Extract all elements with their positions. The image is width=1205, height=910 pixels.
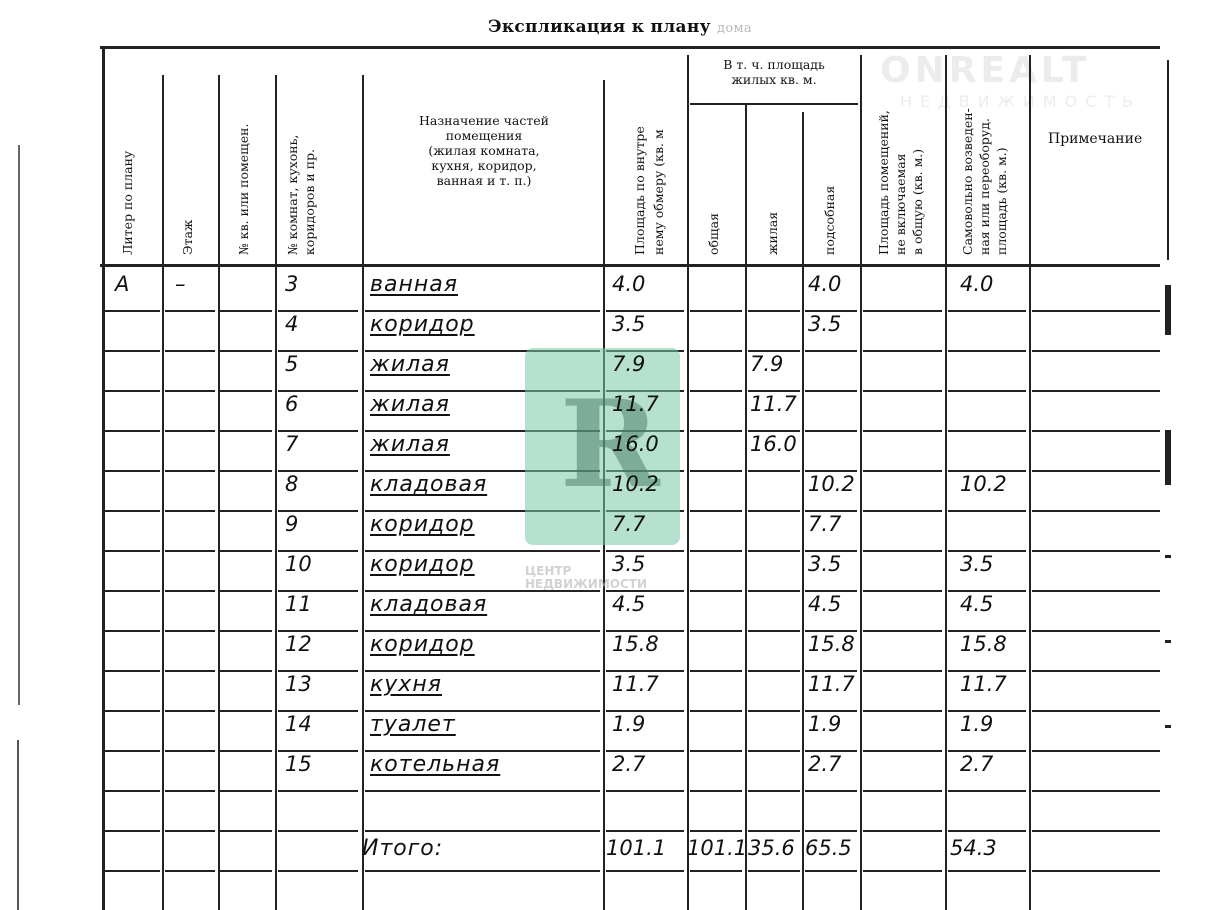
row-rule: [105, 350, 160, 352]
header-incl-line: жилых кв. м.: [690, 72, 858, 87]
cell-purpose: ванная: [370, 272, 458, 297]
cell-room: 12: [285, 632, 312, 656]
col-divider: [162, 75, 164, 910]
header-unauth-2: ная или переоборуд.: [977, 118, 992, 255]
header-excluded-3: в общую (кв. м.): [910, 149, 925, 255]
row-rule: [105, 510, 160, 512]
row-rule: [105, 830, 160, 832]
header-room-no-1: № комнат, кухонь,: [285, 135, 300, 255]
row-rule: [606, 830, 684, 832]
row-rule: [606, 870, 684, 872]
totals-unauth: 54.3: [950, 836, 997, 860]
edge-mark: [1165, 430, 1171, 485]
cell-area: 11.7: [612, 392, 659, 416]
row-rule: [165, 470, 215, 472]
totals-total: 101.1: [687, 836, 747, 860]
row-rule: [1032, 510, 1160, 512]
row-rule: [748, 470, 800, 472]
header-purpose-line: Назначение частей: [370, 113, 598, 128]
table-left-border: [102, 48, 105, 910]
cell-purpose: коридор: [370, 512, 475, 537]
header-purpose-line: ванная и т. п.): [370, 173, 598, 188]
row-rule: [805, 870, 857, 872]
row-rule: [948, 830, 1026, 832]
row-rule: [690, 670, 742, 672]
row-rule: [690, 590, 742, 592]
cell-aux: 1.9: [808, 712, 841, 736]
row-rule: [690, 430, 742, 432]
row-rule: [690, 870, 742, 872]
col-divider: [860, 55, 862, 910]
col-divider: [1029, 55, 1031, 910]
row-rule: [948, 870, 1026, 872]
row-rule: [748, 510, 800, 512]
header-unauth-3: площадь (кв. м.): [994, 147, 1009, 255]
header-living: жилая: [765, 212, 780, 255]
title-faded-text: дома: [717, 21, 752, 36]
row-rule: [863, 550, 942, 552]
row-rule: [863, 670, 942, 672]
row-rule: [690, 310, 742, 312]
row-rule: [948, 790, 1026, 792]
watermark-line: НЕДВИЖИМОСТИ: [525, 578, 647, 591]
cell-area: 3.5: [612, 552, 645, 576]
totals-aux: 65.5: [805, 836, 852, 860]
row-rule: [1032, 470, 1160, 472]
cell-room: 8: [285, 472, 298, 496]
row-rule: [690, 390, 742, 392]
row-rule: [690, 830, 742, 832]
row-rule: [748, 790, 800, 792]
cell-unauth: 2.7: [960, 752, 993, 776]
header-floor: Этаж: [180, 220, 195, 255]
cell-room: 4: [285, 312, 298, 336]
cell-purpose: жилая: [370, 432, 450, 457]
brand-watermark: ONREALT: [880, 50, 1090, 91]
row-rule: [1032, 630, 1160, 632]
row-rule: [165, 390, 215, 392]
row-rule: [105, 790, 160, 792]
row-rule: [1032, 830, 1160, 832]
cell-unauth: 10.2: [960, 472, 1007, 496]
header-area-inner-2: нему обмеру (кв. м: [651, 129, 666, 255]
header-note: Примечание: [1048, 132, 1142, 147]
header-purpose: Назначение частей помещения (жилая комна…: [370, 113, 598, 188]
cell-area: 2.7: [612, 752, 645, 776]
row-rule: [1032, 390, 1160, 392]
row-rule: [863, 790, 942, 792]
row-rule: [220, 390, 272, 392]
col-divider: [802, 112, 804, 910]
cell-purpose: кладовая: [370, 592, 487, 617]
row-rule: [220, 470, 272, 472]
cell-area: 15.8: [612, 632, 659, 656]
row-rule: [690, 710, 742, 712]
cell-aux: 3.5: [808, 312, 841, 336]
header-incl-line: В т. ч. площадь: [690, 57, 858, 72]
row-rule: [805, 430, 857, 432]
subheader-divider: [690, 103, 858, 105]
row-rule: [165, 710, 215, 712]
row-rule: [948, 350, 1026, 352]
cell-aux: 2.7: [808, 752, 841, 776]
row-rule: [1032, 310, 1160, 312]
row-rule: [748, 670, 800, 672]
cell-aux: 10.2: [808, 472, 855, 496]
cell-unauth: 3.5: [960, 552, 993, 576]
cell-purpose: жилая: [370, 392, 450, 417]
row-rule: [863, 590, 942, 592]
cell-unauth: 11.7: [960, 672, 1007, 696]
row-rule: [105, 750, 160, 752]
cell-aux: 11.7: [808, 672, 855, 696]
header-room-no-2: коридоров и пр.: [302, 149, 317, 255]
row-rule: [805, 390, 857, 392]
cell-aux: 4.0: [808, 272, 841, 296]
row-rule: [220, 830, 272, 832]
row-rule: [165, 630, 215, 632]
cell-purpose: коридор: [370, 632, 475, 657]
cell-purpose: туалет: [370, 712, 456, 737]
row-rule: [165, 550, 215, 552]
row-rule: [165, 350, 215, 352]
header-purpose-line: кухня, коридор,: [370, 158, 598, 173]
edge-mark: [1165, 285, 1171, 335]
row-rule: [165, 510, 215, 512]
row-rule: [863, 350, 942, 352]
cell-room: 6: [285, 392, 298, 416]
row-rule: [105, 390, 160, 392]
cell-area: 4.5: [612, 592, 645, 616]
title-text: Экспликация к плану: [488, 17, 711, 37]
cell-purpose: кладовая: [370, 472, 487, 497]
cell-living: 11.7: [750, 392, 797, 416]
cell-liter: А: [115, 272, 129, 296]
cell-room: 11: [285, 592, 312, 616]
table-top-border: [100, 46, 1160, 49]
row-rule: [1032, 750, 1160, 752]
row-rule: [165, 670, 215, 672]
row-rule: [863, 630, 942, 632]
row-rule: [220, 550, 272, 552]
row-rule: [948, 310, 1026, 312]
row-rule: [748, 590, 800, 592]
totals-living: 35.6: [748, 836, 795, 860]
row-rule: [805, 790, 857, 792]
header-area-inner-1: Площадь по внутре: [632, 126, 647, 255]
cell-area: 11.7: [612, 672, 659, 696]
row-rule: [805, 830, 857, 832]
row-rule: [165, 750, 215, 752]
cell-area: 1.9: [612, 712, 645, 736]
row-rule: [105, 630, 160, 632]
cell-aux: 15.8: [808, 632, 855, 656]
row-rule: [165, 590, 215, 592]
cell-room: 13: [285, 672, 312, 696]
cell-room: 14: [285, 712, 312, 736]
page-edge-line-lower: [17, 740, 19, 910]
cell-purpose: котельная: [370, 752, 500, 777]
cell-room: 9: [285, 512, 298, 536]
row-rule: [748, 830, 800, 832]
row-rule: [748, 630, 800, 632]
cell-purpose: коридор: [370, 312, 475, 337]
cell-unauth: 4.0: [960, 272, 993, 296]
row-rule: [165, 790, 215, 792]
header-excluded-2: не включаемая: [893, 153, 908, 255]
row-rule: [1032, 710, 1160, 712]
row-rule: [220, 710, 272, 712]
row-rule: [220, 430, 272, 432]
row-rule: [690, 750, 742, 752]
row-rule: [748, 550, 800, 552]
row-rule: [948, 430, 1026, 432]
row-rule: [105, 470, 160, 472]
row-rule: [863, 710, 942, 712]
row-rule: [105, 550, 160, 552]
col-divider: [745, 105, 747, 910]
col-divider: [945, 55, 947, 910]
row-rule: [863, 830, 942, 832]
row-rule: [105, 870, 160, 872]
document-title: Экспликация к плану дома: [488, 17, 752, 37]
row-rule: [278, 870, 358, 872]
page-edge-line: [18, 145, 20, 705]
row-rule: [863, 390, 942, 392]
row-rule: [105, 710, 160, 712]
cell-room: 3: [285, 272, 298, 296]
header-unauth-1: Самовольно возведен-: [960, 108, 975, 255]
cell-area: 10.2: [612, 472, 659, 496]
edge-mark: [1165, 555, 1171, 558]
row-rule: [165, 310, 215, 312]
cell-room: 5: [285, 352, 298, 376]
row-rule: [748, 750, 800, 752]
cell-area: 16.0: [612, 432, 659, 456]
row-rule: [690, 630, 742, 632]
row-rule: [105, 590, 160, 592]
row-rule: [1032, 350, 1160, 352]
col-divider: [362, 75, 364, 910]
cell-unauth: 15.8: [960, 632, 1007, 656]
edge-mark: [1165, 725, 1171, 728]
row-rule: [220, 790, 272, 792]
row-rule: [863, 870, 942, 872]
col-divider: [275, 75, 277, 910]
totals-label: Итого:: [362, 836, 443, 861]
header-incl-group: В т. ч. площадь жилых кв. м.: [690, 57, 858, 87]
row-rule: [105, 310, 160, 312]
cell-living: 16.0: [750, 432, 797, 456]
cell-unauth: 1.9: [960, 712, 993, 736]
cell-area: 4.0: [612, 272, 645, 296]
header-purpose-line: помещения: [370, 128, 598, 143]
row-rule: [365, 790, 600, 792]
row-rule: [165, 430, 215, 432]
cell-aux: 7.7: [808, 512, 841, 536]
row-rule: [1032, 790, 1160, 792]
row-rule: [220, 590, 272, 592]
cell-purpose: кухня: [370, 672, 442, 697]
row-rule: [690, 350, 742, 352]
row-rule: [165, 830, 215, 832]
row-rule: [365, 830, 600, 832]
row-rule: [220, 630, 272, 632]
row-rule: [365, 870, 600, 872]
row-rule: [606, 790, 684, 792]
row-rule: [863, 310, 942, 312]
header-auxiliary: подсобная: [822, 186, 837, 255]
row-rule: [1032, 550, 1160, 552]
row-rule: [105, 430, 160, 432]
row-rule: [690, 470, 742, 472]
cell-area: 7.9: [612, 352, 645, 376]
header-purpose-line: (жилая комнатa,: [370, 143, 598, 158]
header-excluded-1: Площадь помещений,: [876, 110, 891, 255]
col-divider: [687, 55, 689, 910]
row-rule: [220, 310, 272, 312]
row-rule: [690, 510, 742, 512]
cell-floor: –: [175, 272, 186, 296]
cell-unauth: 4.5: [960, 592, 993, 616]
header-bottom-border: [100, 264, 1160, 267]
header-total: общая: [706, 213, 721, 255]
row-rule: [948, 510, 1026, 512]
cell-room: 7: [285, 432, 298, 456]
row-rule: [805, 350, 857, 352]
row-rule: [278, 830, 358, 832]
row-rule: [863, 510, 942, 512]
row-rule: [863, 750, 942, 752]
row-rule: [690, 790, 742, 792]
row-rule: [1032, 430, 1160, 432]
row-rule: [948, 390, 1026, 392]
row-rule: [220, 670, 272, 672]
cell-living: 7.9: [750, 352, 783, 376]
col-divider: [218, 75, 220, 910]
row-rule: [220, 870, 272, 872]
row-rule: [690, 550, 742, 552]
row-rule: [748, 710, 800, 712]
edge-mark: [1165, 640, 1171, 643]
header-liter: Литер по плану: [120, 151, 135, 255]
row-rule: [105, 670, 160, 672]
cell-room: 10: [285, 552, 312, 576]
cell-area: 3.5: [612, 312, 645, 336]
cell-room: 15: [285, 752, 312, 776]
row-rule: [220, 750, 272, 752]
row-rule: [220, 350, 272, 352]
row-rule: [863, 430, 942, 432]
cell-area: 7.7: [612, 512, 645, 536]
row-rule: [1032, 590, 1160, 592]
brand-watermark-sub: НЕДВИЖИМОСТЬ: [900, 92, 1141, 111]
cell-aux: 3.5: [808, 552, 841, 576]
row-rule: [278, 790, 358, 792]
row-rule: [1032, 870, 1160, 872]
totals-area: 101.1: [606, 836, 666, 860]
cell-aux: 4.5: [808, 592, 841, 616]
header-apt-no: № кв. или помещен.: [236, 124, 251, 255]
row-rule: [863, 470, 942, 472]
row-rule: [220, 510, 272, 512]
row-rule: [748, 310, 800, 312]
cell-purpose: жилая: [370, 352, 450, 377]
row-rule: [1032, 670, 1160, 672]
row-rule: [748, 870, 800, 872]
cell-purpose: коридор: [370, 552, 475, 577]
row-rule: [165, 870, 215, 872]
col-divider-right: [1167, 60, 1169, 260]
